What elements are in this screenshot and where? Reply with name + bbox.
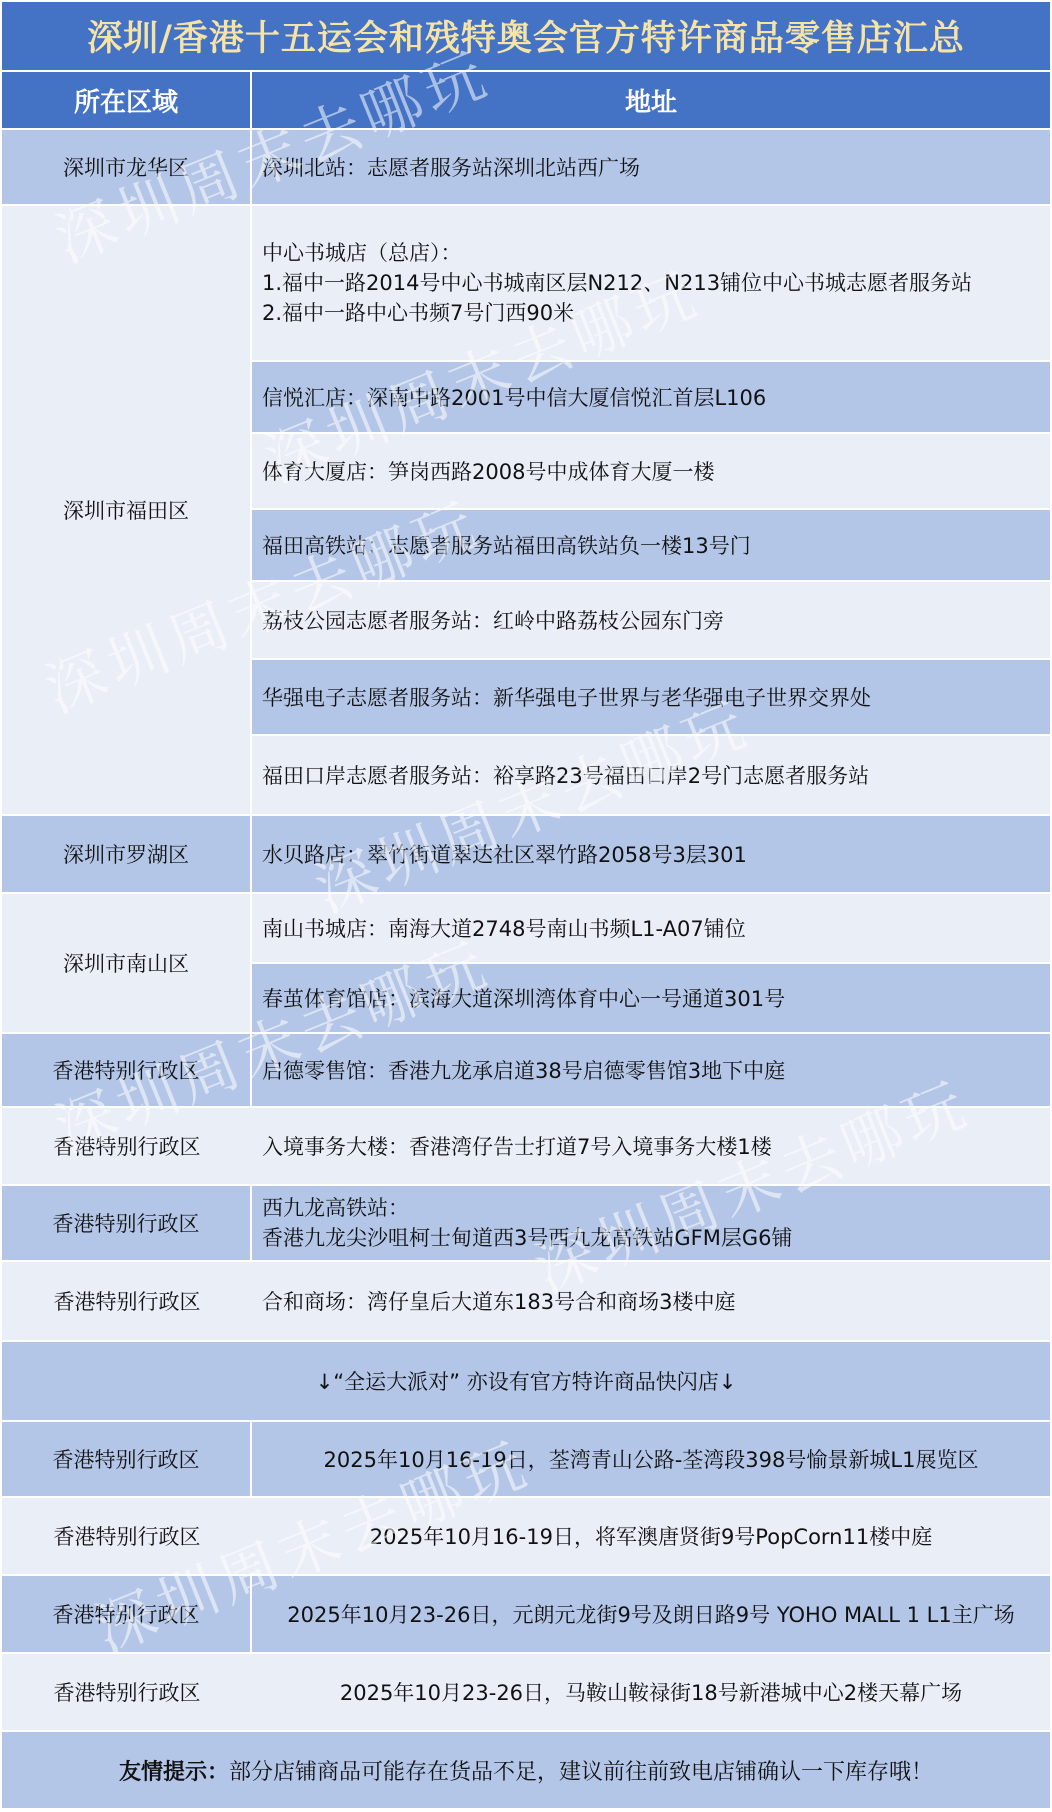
- friendly-tip: 友情提示：部分店铺商品可能存在货品不足，建议前往前致电店铺确认一下库存哦！: [2, 1732, 1050, 1808]
- address-cell: 体育大厦店：笋岗西路2008号中成体育大厦一楼: [252, 434, 1050, 508]
- store-summary-sheet: 深圳/香港十五运会和残特奥会官方特许商品零售店汇总 所在区域 地址 深圳市龙华区…: [0, 0, 1052, 1812]
- popup-address-cell: 2025年10月23-26日，元朗元龙街9号及朗日路9号 YOHO MALL 1…: [252, 1576, 1050, 1652]
- tip-text: 部分店铺商品可能存在货品不足，建议前往前致电店铺确认一下库存哦！: [229, 1755, 933, 1786]
- address-line: 1.福中一路2014号中心书城南区层N212、N213铺位中心书城志愿者服务站: [262, 268, 972, 298]
- header-region: 所在区域: [2, 72, 250, 128]
- region-cell: 香港特别行政区: [2, 1576, 250, 1652]
- region-cell: 香港特别行政区: [2, 1262, 252, 1340]
- region-cell: 香港特别行政区: [2, 1422, 250, 1496]
- region-cell: 香港特别行政区: [2, 1498, 252, 1574]
- region-cell: 深圳市福田区: [2, 206, 250, 814]
- address-cell: 福田高铁站：志愿者服务站福田高铁站负一楼13号门: [252, 510, 1050, 580]
- address-line: 2.福中一路中心书频7号门西90米: [262, 298, 574, 328]
- popup-address-cell: 2025年10月16-19日，荃湾青山公路-荃湾段398号愉景新城L1展览区: [252, 1422, 1050, 1496]
- header-address: 地址: [252, 72, 1050, 128]
- address-cell: 春茧体育馆店：滨海大道深圳湾体育中心一号通道301号: [252, 964, 1050, 1032]
- region-cell: 深圳市罗湖区: [2, 816, 250, 892]
- region-cell: 深圳市南山区: [2, 894, 250, 1032]
- address-cell: 合和商场：湾仔皇后大道东183号合和商场3楼中庭: [252, 1262, 1050, 1340]
- popup-address-cell: 2025年10月23-26日，马鞍山鞍禄街18号新港城中心2楼天幕广场: [252, 1654, 1050, 1730]
- popup-address-cell: 2025年10月16-19日，将军澳唐贤街9号PopCorn11楼中庭: [252, 1498, 1050, 1574]
- address-cell: 深圳北站：志愿者服务站深圳北站西广场: [252, 130, 1050, 204]
- address-line: 中心书城店（总店）：: [262, 238, 462, 268]
- page-title: 深圳/香港十五运会和残特奥会官方特许商品零售店汇总: [2, 2, 1050, 70]
- address-cell: 入境事务大楼：香港湾仔告士打道7号入境事务大楼1楼: [252, 1108, 1050, 1184]
- region-cell: 香港特别行政区: [2, 1034, 250, 1106]
- address-cell: 荔枝公园志愿者服务站：红岭中路荔枝公园东门旁: [252, 582, 1050, 658]
- address-cell: 西九龙高铁站： 香港九龙尖沙咀柯士甸道西3号西九龙高铁站GFM层G6铺: [252, 1186, 1050, 1260]
- popup-store-banner: ↓“全运大派对” 亦设有官方特许商品快闪店↓: [2, 1342, 1050, 1420]
- address-cell: 南山书城店：南海大道2748号南山书频L1-A07铺位: [252, 894, 1050, 962]
- address-cell: 华强电子志愿者服务站：新华强电子世界与老华强电子世界交界处: [252, 660, 1050, 734]
- address-cell: 中心书城店（总店）： 1.福中一路2014号中心书城南区层N212、N213铺位…: [252, 206, 1050, 360]
- tip-label: 友情提示：: [119, 1755, 229, 1786]
- region-cell: 深圳市龙华区: [2, 130, 250, 204]
- address-line: 香港九龙尖沙咀柯士甸道西3号西九龙高铁站GFM层G6铺: [262, 1223, 792, 1253]
- region-cell: 香港特别行政区: [2, 1108, 252, 1184]
- address-line: 西九龙高铁站：: [262, 1193, 409, 1223]
- address-cell: 水贝路店：翠竹街道翠达社区翠竹路2058号3层301: [252, 816, 1050, 892]
- address-cell: 启德零售馆：香港九龙承启道38号启德零售馆3地下中庭: [252, 1034, 1050, 1106]
- address-cell: 福田口岸志愿者服务站：裕享路23号福田口岸2号门志愿者服务站: [252, 736, 1050, 814]
- address-cell: 信悦汇店：深南中路2001号中信大厦信悦汇首层L106: [252, 362, 1050, 432]
- region-cell: 香港特别行政区: [2, 1654, 252, 1730]
- region-cell: 香港特别行政区: [2, 1186, 250, 1260]
